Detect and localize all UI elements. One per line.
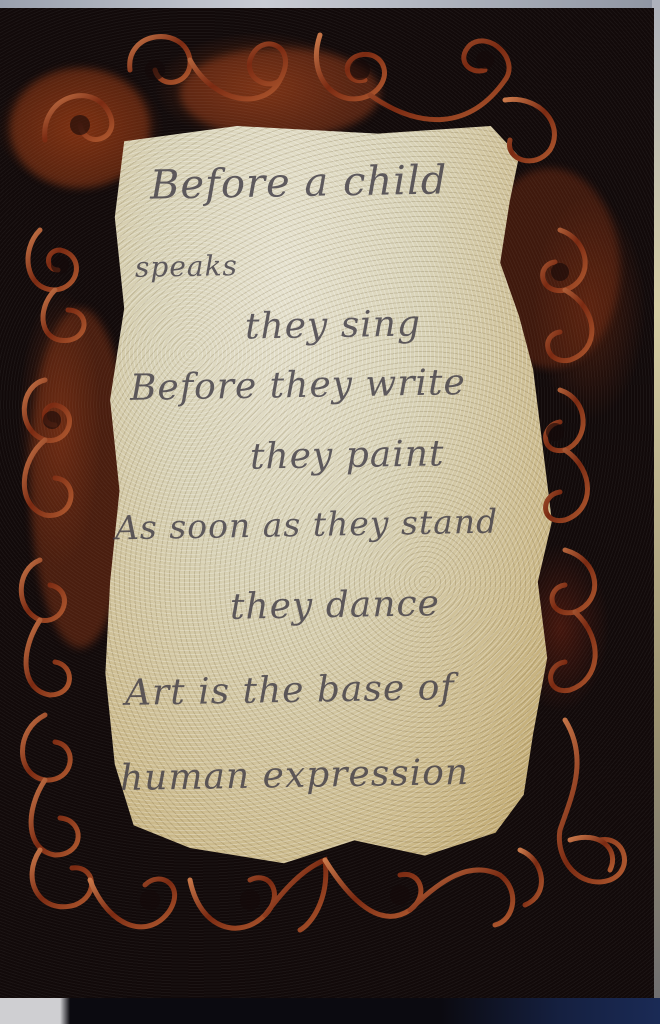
background-bottom-edge xyxy=(0,998,660,1024)
poem-line: speaks xyxy=(135,249,238,284)
poem-line: human expression xyxy=(120,752,470,799)
poem-line: Before a child xyxy=(150,157,448,208)
poem-line: they paint xyxy=(250,433,445,477)
poem-line: they sing xyxy=(245,303,422,347)
poem-line: Art is the base of xyxy=(125,667,455,714)
rust-stain xyxy=(180,48,380,138)
poem-line: Before they write xyxy=(130,362,466,409)
poem-line: they dance xyxy=(230,583,441,628)
poem-line: As soon as they stand xyxy=(115,502,499,548)
